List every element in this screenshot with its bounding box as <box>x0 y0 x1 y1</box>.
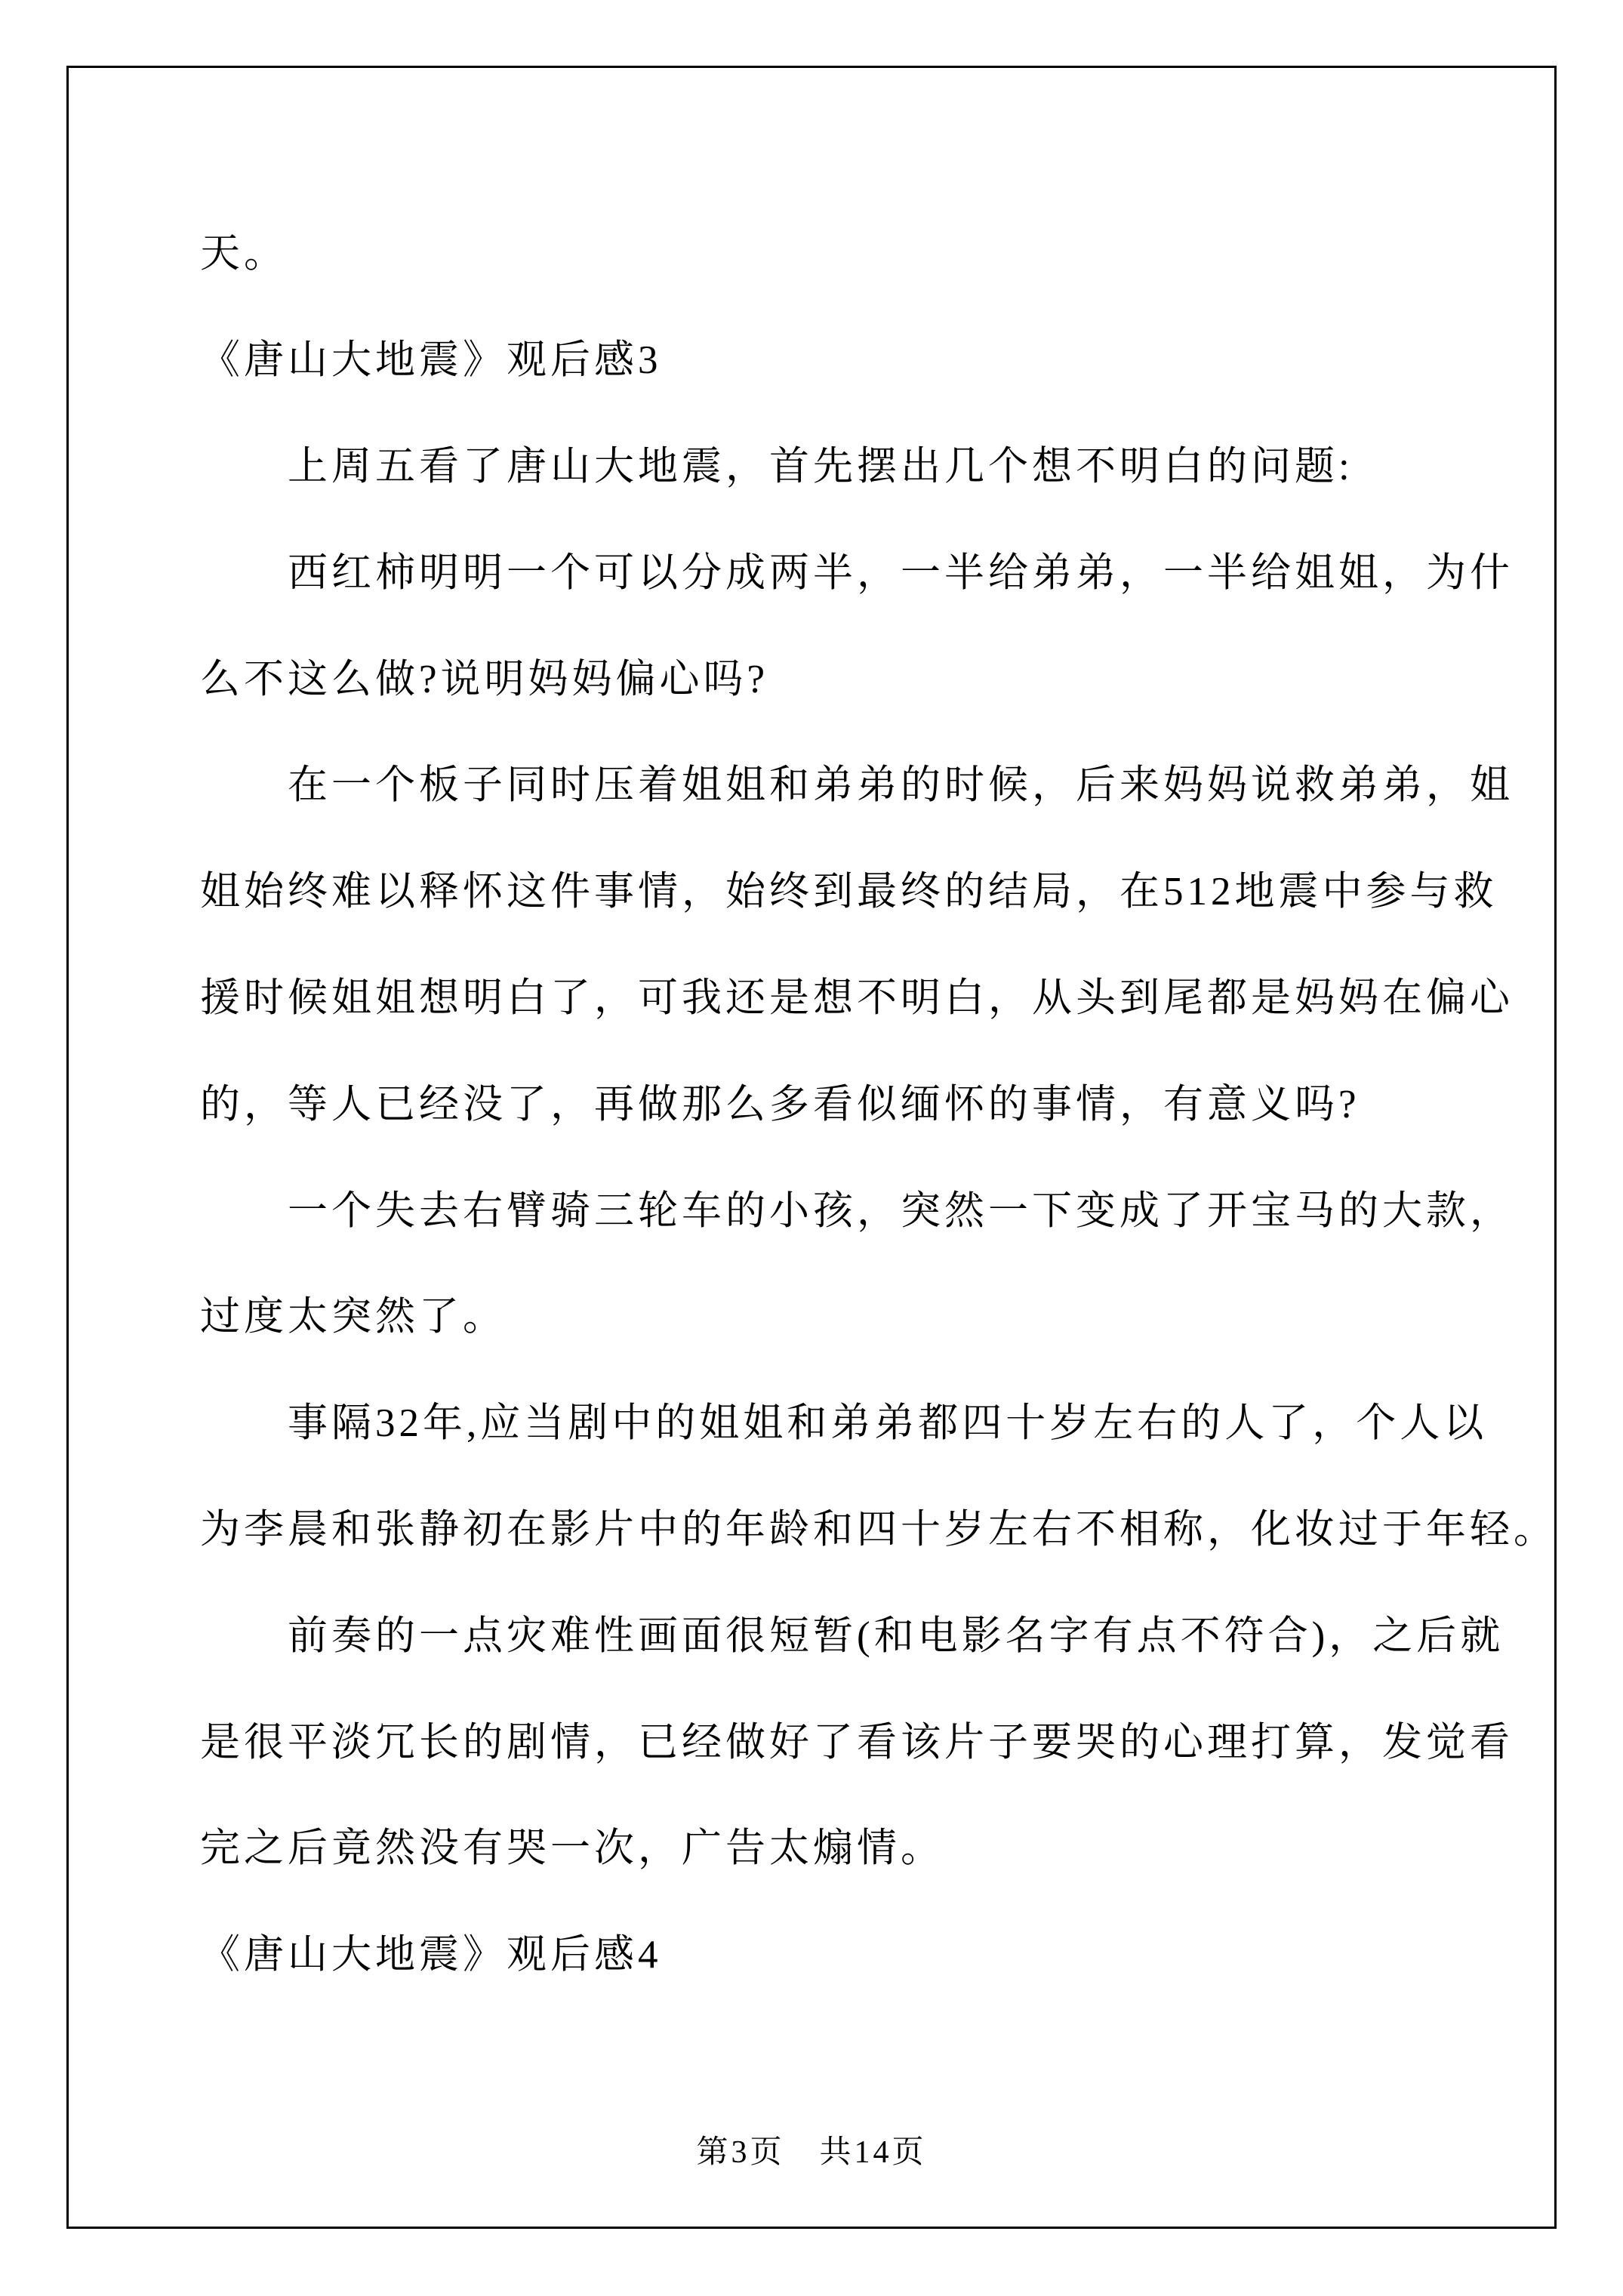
text-block: 天。 《唐山大地震》观后感3 上周五看了唐山大地震，首先摆出几个想不明白的问题:… <box>200 197 1551 2005</box>
text-line: 一个失去右臂骑三轮车的小孩，突然一下变成了开宝马的大款， <box>200 1154 1551 1260</box>
text-line: 过度太突然了。 <box>200 1260 1551 1367</box>
section-heading: 《唐山大地震》观后感4 <box>200 1898 1551 2005</box>
text-line: 援时候姐姐想明白了，可我还是想不明白，从头到尾都是妈妈在偏心 <box>200 942 1551 1048</box>
text-line: 姐始终难以释怀这件事情，始终到最终的结局，在512地震中参与救 <box>200 835 1551 942</box>
text-line: 么不这么做?说明妈妈偏心吗? <box>200 622 1551 729</box>
text-line: 西红柿明明一个可以分成两半，一半给弟弟，一半给姐姐，为什 <box>200 516 1551 622</box>
text-line: 事隔32年,应当剧中的姐姐和弟弟都四十岁左右的人了，个人以 <box>200 1367 1551 1473</box>
text-line: 前奏的一点灾难性画面很短暂(和电影名字有点不符合)，之后就 <box>200 1579 1551 1685</box>
text-line: 为李晨和张静初在影片中的年龄和四十岁左右不相称，化妆过于年轻。 <box>200 1473 1551 1579</box>
page-frame: 天。 《唐山大地震》观后感3 上周五看了唐山大地震，首先摆出几个想不明白的问题:… <box>66 66 1557 2229</box>
text-line: 是很平淡冗长的剧情，已经做好了看该片子要哭的心理打算，发觉看 <box>200 1685 1551 1792</box>
text-line: 上周五看了唐山大地震，首先摆出几个想不明白的问题: <box>200 410 1551 516</box>
text-line: 天。 <box>200 197 1551 304</box>
text-line: 的，等人已经没了，再做那么多看似缅怀的事情，有意义吗? <box>200 1047 1551 1154</box>
text-line: 在一个板子同时压着姐姐和弟弟的时候，后来妈妈说救弟弟，姐 <box>200 729 1551 835</box>
text-line: 完之后竟然没有哭一次，广告太煽情。 <box>200 1792 1551 1898</box>
section-heading: 《唐山大地震》观后感3 <box>200 304 1551 410</box>
page-footer: 第3页 共14页 <box>69 2127 1554 2172</box>
